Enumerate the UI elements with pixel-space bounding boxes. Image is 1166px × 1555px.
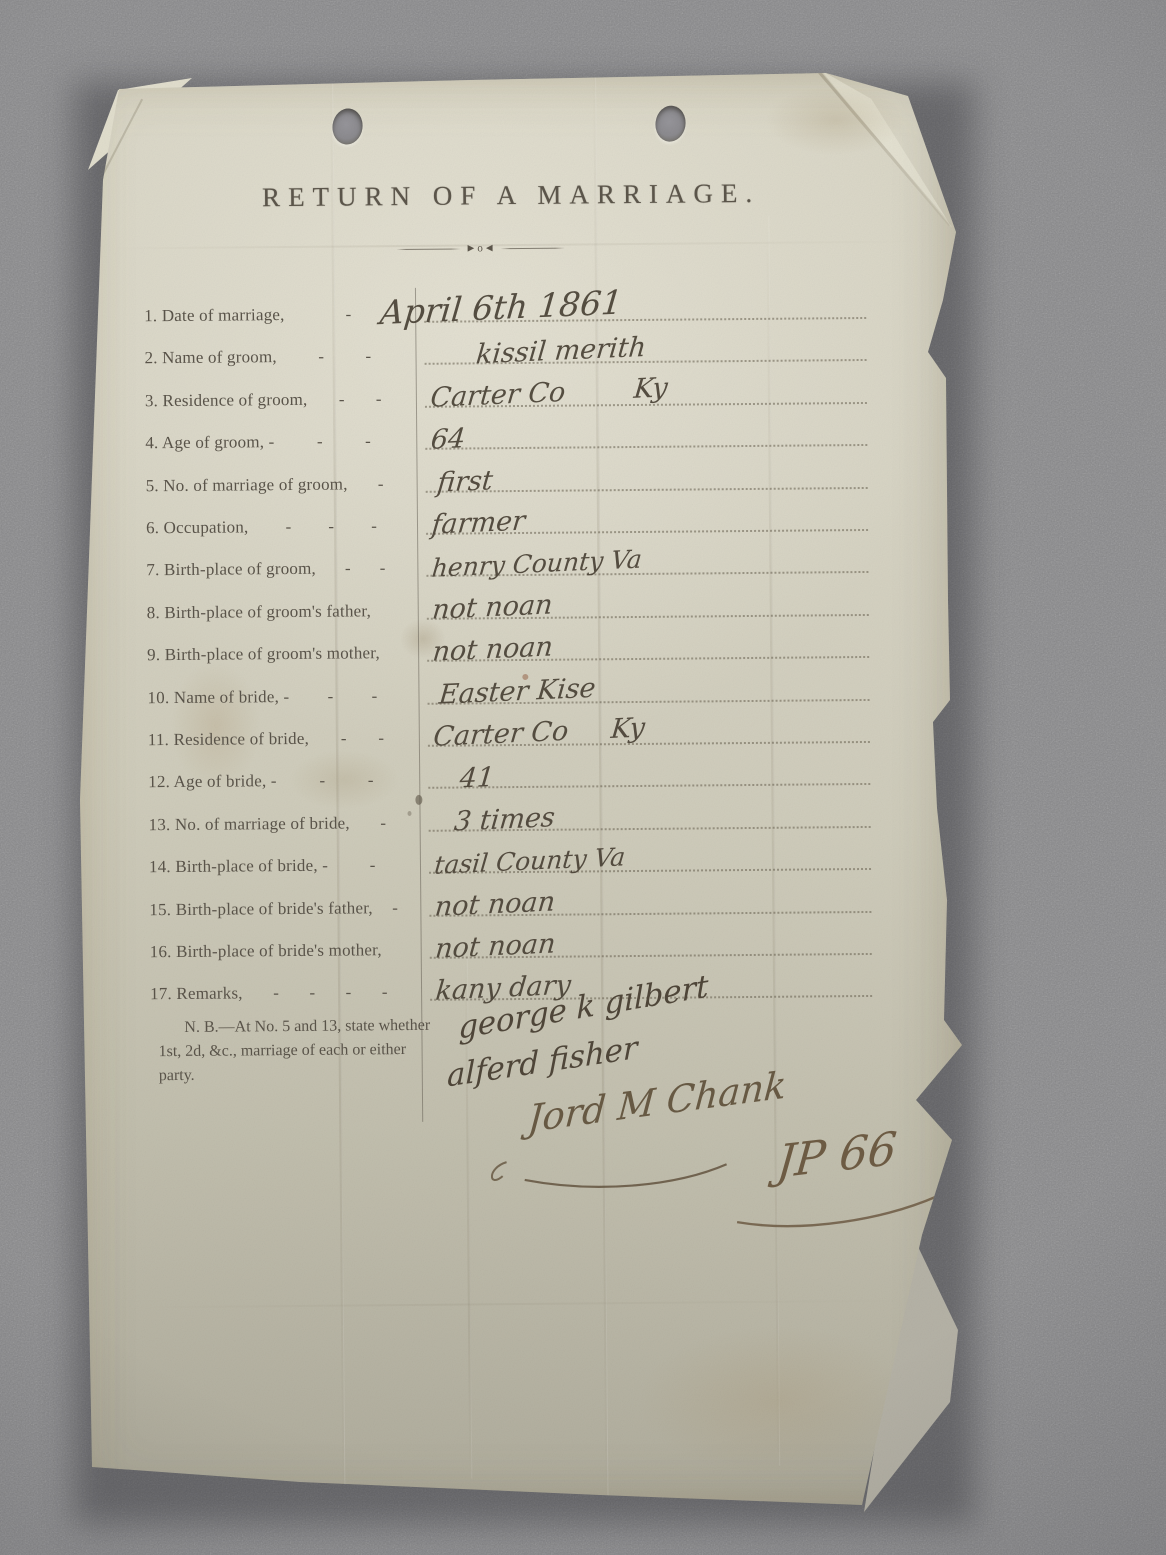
page-title: RETURN OF A MARRIAGE. [66, 176, 956, 215]
field-value-handwritten: not noan [434, 928, 557, 964]
dotted-answer-line [428, 783, 870, 789]
field-label: 4. Age of groom, - [145, 432, 274, 453]
form-field-row: 13. No. of marriage of bride,-3 times [148, 793, 888, 841]
field-label: 7. Birth-place of groom, [146, 559, 316, 580]
divider-line [501, 248, 565, 250]
form-field-row: 7. Birth-place of groom,--henry County V… [146, 538, 886, 586]
form-field-row: 3. Residence of groom,--Carter Co Ky [145, 369, 885, 417]
field-value-handwritten: kissil merith [475, 332, 648, 371]
field-value-handwritten: 3 times [453, 802, 557, 838]
field-dash-leaders: -- [274, 431, 413, 452]
form-field-row: 9. Birth-place of groom's mother,not noa… [147, 623, 887, 671]
field-value-handwritten: Easter Kise [438, 672, 597, 710]
field-label: 16. Birth-place of bride's mother, [150, 940, 382, 962]
field-label: 3. Residence of groom, [145, 390, 308, 411]
field-dash-leaders: ---- [243, 982, 419, 1004]
field-dash-leaders: --- [248, 516, 414, 537]
form-field-row: 4. Age of groom, ---64 [145, 411, 885, 459]
document-photo: RETURN OF A MARRIAGE. ►o◄ 1. Date of mar… [0, 0, 1166, 1555]
field-label: 15. Birth-place of bride's father, [149, 898, 373, 920]
divider-line [397, 249, 461, 251]
field-value-handwritten: farmer [430, 506, 526, 541]
field-dash-leaders: - [348, 474, 414, 495]
field-value-handwritten: 64 [429, 423, 466, 456]
field-dash-leaders: -- [277, 346, 413, 367]
field-dash-leaders: - [328, 855, 417, 876]
field-label: 14. Birth-place of bride, - [149, 856, 328, 878]
field-label: 13. No. of marriage of bride, [149, 813, 350, 835]
field-label: 9. Birth-place of groom's mother, [147, 643, 380, 665]
form-field-row: 14. Birth-place of bride, --tasil County… [149, 835, 889, 883]
nb-note: N. B.—At No. 5 and 13, state whether 1st… [158, 1014, 431, 1088]
field-label: 12. Age of bride, - [148, 772, 277, 793]
field-dash-leaders: -- [309, 728, 416, 749]
form-field-row: 6. Occupation,---farmer [146, 496, 886, 544]
form-field-row: 12. Age of bride, ---41 [148, 750, 888, 798]
form-field-row: 8. Birth-place of groom's father,not noa… [147, 581, 887, 629]
field-value-handwritten: not noan [431, 589, 554, 625]
signature-annotation: JP 66 [775, 1121, 899, 1189]
paper-sheet: RETURN OF A MARRIAGE. ►o◄ 1. Date of mar… [70, 58, 970, 1510]
field-label: 5. No. of marriage of groom, [146, 474, 348, 496]
field-label: 11. Residence of bride, [148, 729, 309, 750]
field-label: 1. Date of marriage, [144, 305, 285, 326]
field-dash-leaders: -- [307, 389, 413, 410]
field-dash-leaders: - [350, 813, 417, 834]
field-value-handwritten: not noan [433, 886, 556, 922]
form-field-row: 10. Name of bride, ---Easter Kise [147, 665, 887, 713]
field-dash-leaders: - [373, 898, 418, 918]
field-value-handwritten: 41 [458, 762, 495, 795]
form-field-row: 2. Name of groom,--kissil merith [144, 326, 884, 374]
field-value-handwritten: April 6th 1861 [378, 282, 624, 332]
form-field-row: 16. Birth-place of bride's mother,not no… [149, 920, 889, 968]
dotted-answer-line [425, 444, 867, 450]
field-value-handwritten: henry County Va [431, 545, 644, 583]
form-field-row: 1. Date of marriage,-April 6th 1861 [144, 284, 884, 332]
field-dash-leaders: -- [289, 686, 415, 707]
field-dash-leaders: -- [277, 770, 417, 791]
field-value-handwritten: Carter Co Ky [429, 372, 669, 414]
form-field-row: 15. Birth-place of bride's father,-not n… [149, 877, 889, 925]
field-value-handwritten: Carter Co Ky [432, 712, 646, 752]
field-label: 10. Name of bride, - [147, 687, 289, 708]
field-label: 2. Name of groom, [144, 348, 276, 369]
field-value-handwritten: first [436, 465, 495, 499]
form-field-row: 11. Residence of bride,--Carter Co Ky [148, 708, 888, 756]
field-label: 8. Birth-place of groom's father, [147, 601, 371, 623]
fold-crease [136, 1300, 916, 1309]
field-label: 17. Remarks, [150, 984, 243, 1005]
field-value-handwritten: not noan [431, 632, 554, 668]
punch-hole-right [653, 104, 687, 144]
field-value-handwritten: tasil County Va [433, 842, 627, 879]
divider-ornament: ►o◄ [397, 242, 565, 255]
field-dash-leaders: -- [316, 558, 415, 579]
form-field-row: 5. No. of marriage of groom,-first [145, 453, 885, 501]
punch-hole-left [330, 107, 364, 147]
divider-glyph: ►o◄ [465, 242, 495, 254]
field-label: 6. Occupation, [146, 517, 249, 538]
